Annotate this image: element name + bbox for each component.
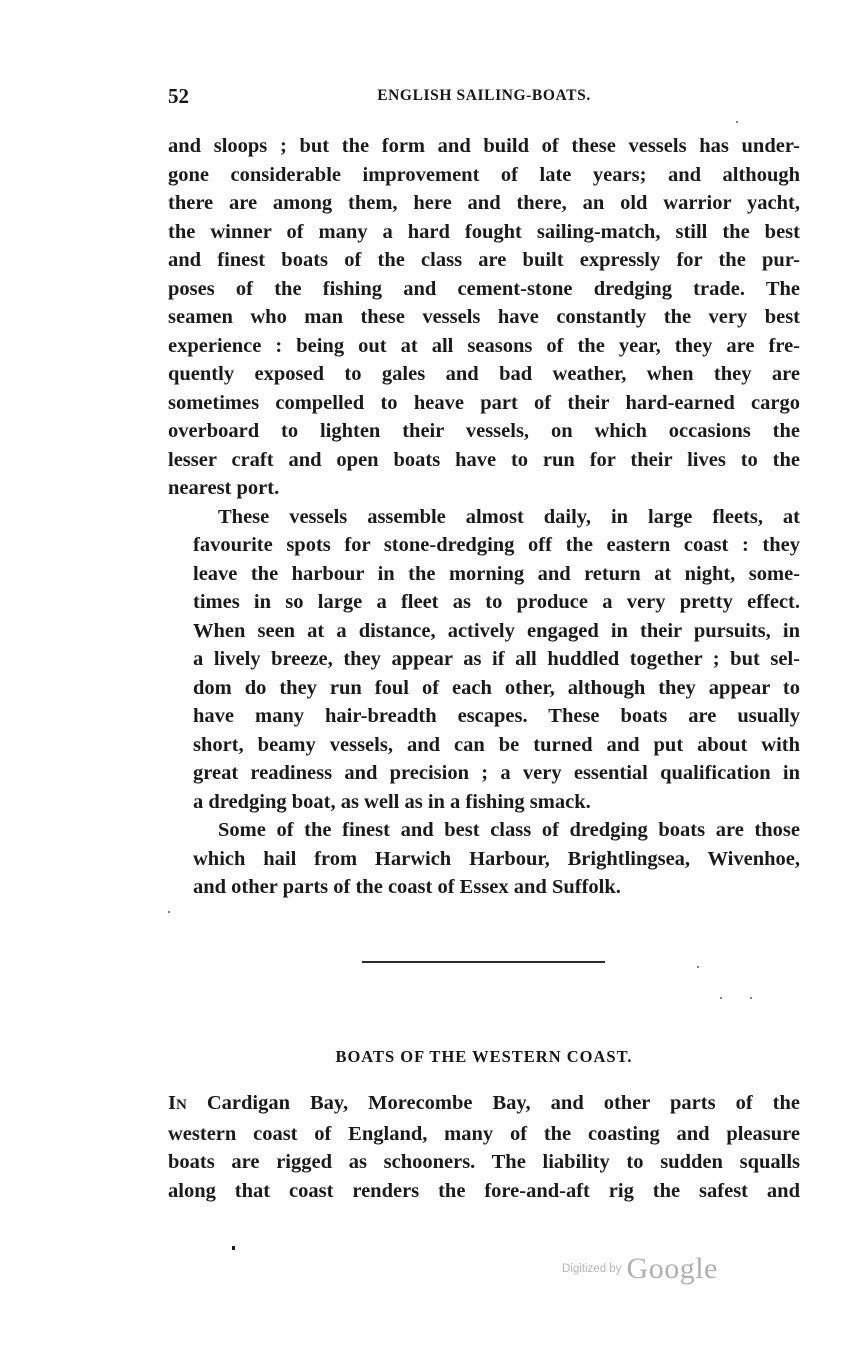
- text-line: favourite spots for stone-dredging off t…: [168, 531, 800, 560]
- text-line: and finest boats of the class are built …: [168, 246, 800, 275]
- section-eastern-coast-text: and sloops ; but the form and build of t…: [168, 132, 800, 902]
- scan-speck: [750, 997, 752, 999]
- text-line: quently exposed to gales and bad weather…: [168, 360, 800, 389]
- scan-speck: [697, 966, 699, 968]
- text-line: dom do they run foul of each other, alth…: [168, 674, 800, 703]
- text-line: When seen at a distance, actively engage…: [168, 617, 800, 646]
- text-line: poses of the fishing and cement-stone dr…: [168, 275, 800, 304]
- scan-speck: [736, 121, 738, 123]
- text-line: which hail from Harwich Harbour, Brightl…: [168, 845, 800, 874]
- paragraph-sloops: and sloops ; but the form and build of t…: [168, 132, 800, 503]
- paragraph-cardigan-bay: IN Cardigan Bay, Morecombe Bay, and othe…: [168, 1089, 800, 1205]
- text-line: nearest port.: [168, 474, 800, 503]
- scan-mark: [232, 1246, 235, 1250]
- running-title: ENGLISH SAILING-BOATS.: [168, 87, 800, 105]
- text-line: These vessels assemble almost daily, in …: [168, 503, 800, 532]
- text-line: gone considerable improvement of late ye…: [168, 161, 800, 190]
- section-divider-rule: [362, 961, 605, 963]
- scan-speck: [168, 911, 170, 913]
- google-logo: Google: [627, 1252, 718, 1285]
- text-line: times in so large a fleet as to produce …: [168, 588, 800, 617]
- text-line: sometimes compelled to heave part of the…: [168, 389, 800, 418]
- text-line-rest: Cardigan Bay, Morecombe Bay, and other p…: [187, 1092, 800, 1114]
- scan-speck: [720, 997, 722, 999]
- text-line: the winner of many a hard fought sailing…: [168, 218, 800, 247]
- text-line: a lively breeze, they appear as if all h…: [168, 645, 800, 674]
- text-line: western coast of England, many of the co…: [168, 1120, 800, 1149]
- text-line: and other parts of the coast of Essex an…: [168, 873, 800, 902]
- text-line: have many hair-breadth escapes. These bo…: [168, 702, 800, 731]
- text-line: short, beamy vessels, and can be turned …: [168, 731, 800, 760]
- text-line: a dredging boat, as well as in a fishing…: [168, 788, 800, 817]
- text-line: there are among them, here and there, an…: [168, 189, 800, 218]
- paragraph-fleets: These vessels assemble almost daily, in …: [168, 503, 800, 817]
- text-line: seamen who man these vessels have consta…: [168, 303, 800, 332]
- text-line: boats are rigged as schooners. The liabi…: [168, 1148, 800, 1177]
- digitized-by-google-watermark: Digitized by Google: [562, 1252, 718, 1286]
- section-heading: BOATS OF THE WESTERN COAST.: [168, 1047, 800, 1067]
- section-western-coast-text: IN Cardigan Bay, Morecombe Bay, and othe…: [168, 1089, 800, 1205]
- book-page: 52 ENGLISH SAILING-BOATS. and sloops ; b…: [0, 0, 860, 1353]
- watermark-prefix: Digitized by: [562, 1263, 621, 1275]
- text-line: experience : being out at all seasons of…: [168, 332, 800, 361]
- text-line: lesser craft and open boats have to run …: [168, 446, 800, 475]
- drop-word-rest: N: [176, 1097, 187, 1113]
- text-line: and sloops ; but the form and build of t…: [168, 132, 800, 161]
- text-line: Some of the finest and best class of dre…: [168, 816, 800, 845]
- running-head: 52 ENGLISH SAILING-BOATS.: [168, 84, 800, 110]
- drop-word-initial: I: [168, 1092, 176, 1114]
- text-line: great readiness and precision ; a very e…: [168, 759, 800, 788]
- text-line: overboard to lighten their vessels, on w…: [168, 417, 800, 446]
- text-line: along that coast renders the fore-and-af…: [168, 1177, 800, 1206]
- paragraph-dredging-boats: Some of the finest and best class of dre…: [168, 816, 800, 902]
- text-line: IN Cardigan Bay, Morecombe Bay, and othe…: [168, 1089, 800, 1120]
- text-line: leave the harbour in the morning and ret…: [168, 560, 800, 589]
